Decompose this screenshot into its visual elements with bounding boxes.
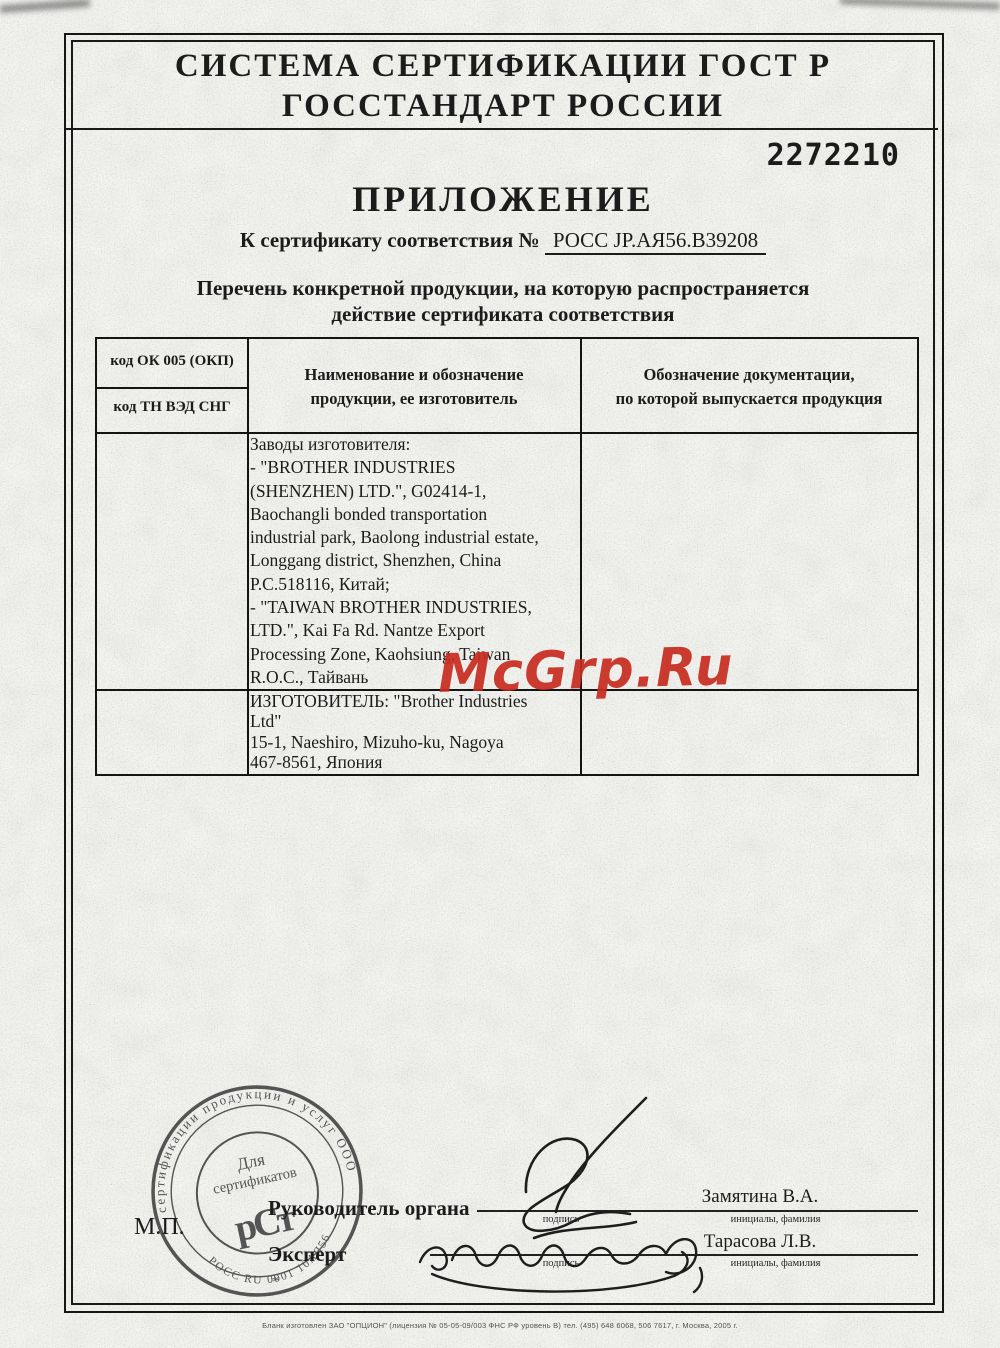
row1-line: - "TAIWAN BROTHER INDUSTRIES, [250, 596, 578, 619]
system-title-line1: СИСТЕМА СЕРТИФИКАЦИИ ГОСТ Р [66, 48, 940, 85]
table-col1-split-divider [97, 387, 247, 389]
certificate-number: РОСС JP.АЯ56.B39208 [545, 228, 766, 255]
certificate-reference-line: К сертификату соответствия № РОСС JP.АЯ5… [66, 228, 940, 253]
header-divider [66, 128, 938, 130]
stamp-place-label: М.П. [134, 1214, 185, 1241]
col3-header: Обозначение документации, по которой вып… [583, 363, 915, 411]
certificate-label: К сертификату соответствия № [240, 228, 540, 252]
row1-line: Baochangli bonded transportation [250, 503, 578, 526]
scan-artifact-top-right [840, 0, 1000, 10]
col3-header-line1: Обозначение документации, [583, 363, 915, 387]
row1-line: (SHENZHEN) LTD.", G02414-1, [250, 480, 578, 503]
row1-line: Longgang district, Shenzhen, China [250, 549, 578, 572]
form-printer-note: Бланк изготовлен ЗАО "ОПЦИОН" (лицензия … [150, 1321, 850, 1330]
appendix-title: ПРИЛОЖЕНИЕ [66, 178, 940, 220]
scan-artifact-top-left [0, 0, 90, 13]
col3-header-line2: по которой выпускается продукция [583, 387, 915, 411]
row1-line: industrial park, Baolong industrial esta… [250, 526, 578, 549]
stamp-graphic: сертификации продукции и услуг ООО РОСС … [125, 1057, 389, 1324]
row1-line: Заводы изготовителя: [250, 433, 578, 456]
table-row-manufacturer: ИЗГОТОВИТЕЛЬ: "Brother Industries Ltd" 1… [250, 691, 578, 773]
col1-header-top: код ОК 005 (ОКП) [99, 353, 245, 370]
form-number: 2272210 [730, 138, 900, 173]
row1-line: LTD.", Kai Fa Rd. Nantze Export [250, 619, 578, 642]
row1-line: - "BROTHER INDUSTRIES [250, 456, 578, 479]
certificate-appendix-page: СИСТЕМА СЕРТИФИКАЦИИ ГОСТ Р ГОССТАНДАРТ … [0, 0, 1000, 1348]
purpose-line2: действие сертификата соответствия [66, 302, 940, 327]
row2-line: Ltd" [250, 711, 578, 731]
system-title-line2: ГОССТАНДАРТ РОССИИ [66, 88, 940, 125]
col1-header-bottom: код ТН ВЭД СНГ [99, 399, 245, 416]
table-column-divider-2 [580, 339, 582, 774]
col2-header-line1: Наименование и обозначение [249, 363, 579, 387]
row1-line: P.C.518116, Китай; [250, 573, 578, 596]
col2-header: Наименование и обозначение продукции, ее… [249, 363, 579, 411]
expert-label: Эксперт [268, 1242, 346, 1267]
purpose-line1: Перечень конкретной продукции, на котору… [66, 276, 940, 301]
site-watermark: McGrp.Ru [437, 636, 734, 705]
col2-header-line2: продукции, ее изготовитель [249, 387, 579, 411]
row2-line: 467-8561, Япония [250, 752, 578, 772]
certification-stamp: сертификации продукции и услуг ООО РОСС … [125, 1057, 389, 1324]
row2-line: 15-1, Naeshiro, Mizuho-ku, Nagoya [250, 732, 578, 752]
products-table: код ОК 005 (ОКП) код ТН ВЭД СНГ Наименов… [95, 337, 919, 776]
expert-signature-ink [412, 1212, 712, 1300]
